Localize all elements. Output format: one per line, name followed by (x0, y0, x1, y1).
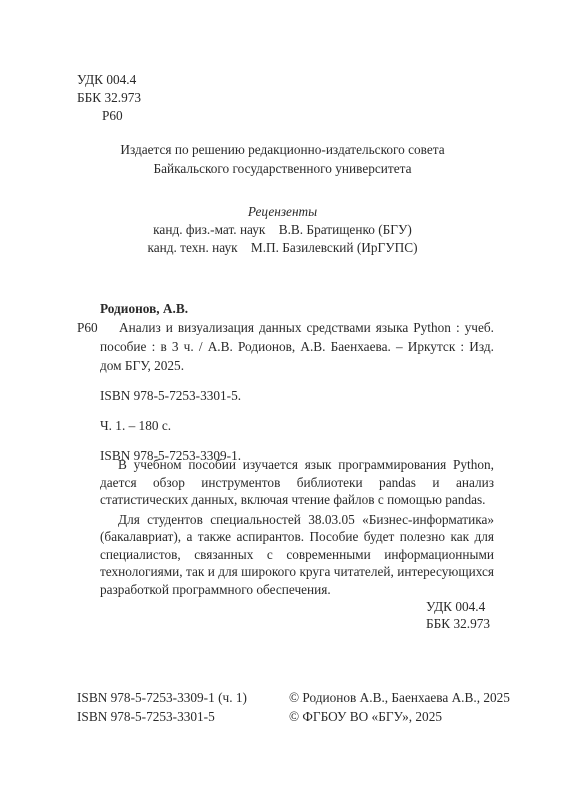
reviewer-item: канд. техн. наук М.П. Базилевский (ИрГУП… (0, 239, 565, 257)
publisher-decision-line-1: Издается по решению редакционно-издатель… (0, 140, 565, 159)
publisher-decision-line-2: Байкальского государственного университе… (0, 159, 565, 178)
reviewer-name: М.П. Базилевский (ИрГУПС) (251, 240, 418, 255)
footer-copyright-block: © Родионов А.В., Баенхаева А.В., 2025 © … (289, 688, 510, 726)
footer-isbn-set: ISBN 978-5-7253-3301-5 (77, 707, 247, 726)
footer-isbn-part: ISBN 978-5-7253-3309-1 (ч. 1) (77, 688, 247, 707)
udk-code: УДК 004.4 (77, 71, 141, 89)
record-description: Анализ и визуализация данных средствами … (77, 318, 494, 375)
record-isbn-set: ISBN 978-5-7253-3301-5. (77, 386, 494, 405)
annotation-paragraph: В учебном пособии изучается язык програм… (100, 456, 494, 509)
reviewers-label: Рецензенты (0, 203, 565, 221)
publisher-decision: Издается по решению редакционно-издатель… (0, 140, 565, 178)
udk-code: УДК 004.4 (426, 598, 490, 615)
record-part: Ч. 1. – 180 с. (77, 416, 494, 435)
record-entry: Р60 Анализ и визуализация данных средств… (77, 318, 494, 375)
reviewers-section: Рецензенты канд. физ.-мат. наук В.В. Бра… (0, 203, 565, 257)
bbk-code: ББК 32.973 (426, 615, 490, 632)
reviewer-item: канд. физ.-мат. наук В.В. Братищенко (БГ… (0, 221, 565, 239)
reviewer-degree: канд. техн. наук (147, 240, 237, 255)
reviewer-degree: канд. физ.-мат. наук (153, 222, 265, 237)
classification-block-bottom: УДК 004.4 ББК 32.973 (426, 598, 490, 632)
bbk-code: ББК 32.973 (77, 89, 141, 107)
copyright-authors: © Родионов А.В., Баенхаева А.В., 2025 (289, 688, 510, 707)
record-code: Р60 (77, 318, 98, 337)
classification-block-top: УДК 004.4 ББК 32.973 Р60 (77, 71, 141, 125)
copyright-publisher: © ФГБОУ ВО «БГУ», 2025 (289, 707, 510, 726)
catalog-record: Родионов, А.В. Р60 Анализ и визуализация… (77, 300, 494, 465)
annotation: В учебном пособии изучается язык програм… (100, 456, 494, 598)
record-author: Родионов, А.В. (77, 300, 494, 318)
reviewer-name: В.В. Братищенко (БГУ) (279, 222, 412, 237)
author-mark: Р60 (77, 107, 141, 125)
annotation-paragraph: Для студентов специальностей 38.03.05 «Б… (100, 511, 494, 599)
footer-isbn-block: ISBN 978-5-7253-3309-1 (ч. 1) ISBN 978-5… (77, 688, 247, 726)
